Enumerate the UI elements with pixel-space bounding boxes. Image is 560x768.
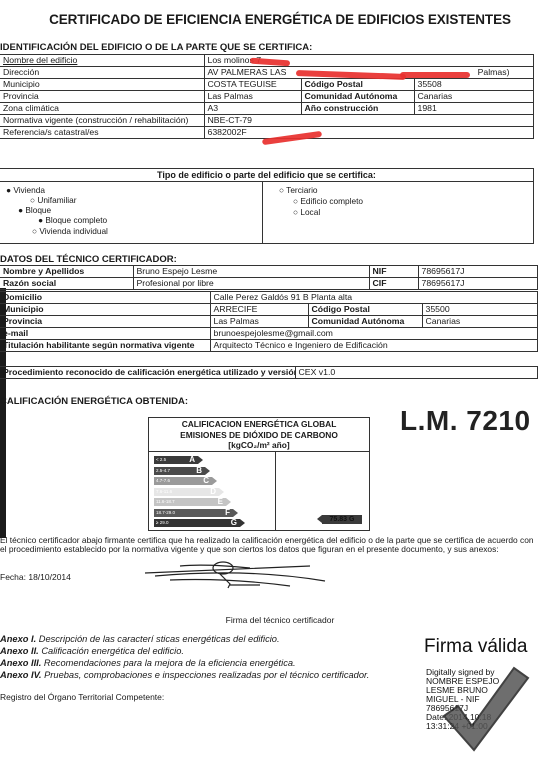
table-row: Referencia/s catastral/es 6382002F <box>0 127 533 139</box>
anexo-num: Anexo I. <box>0 634 36 644</box>
value-municipio-tecnico: ARRECIFE <box>210 304 308 316</box>
checkmark-icon <box>436 654 536 754</box>
energy-bar-c: 4.7-7.6C <box>154 477 212 485</box>
anexo-text: Recomendaciones para la mejora de la efi… <box>41 658 295 668</box>
radio-unifamiliar[interactable]: ○ Unifamiliar <box>30 195 77 205</box>
table-row: Zona climática A3 Año construcción 1981 <box>0 103 533 115</box>
radio-label: Edificio completo <box>300 196 363 206</box>
value-cif: 78695617J <box>418 278 537 290</box>
radio-selected-icon: ● <box>38 215 43 225</box>
table-row: Razón social Profesional por libre CIF 7… <box>0 278 537 290</box>
label-cif: CIF <box>369 278 418 290</box>
value-anio: 1981 <box>414 103 533 115</box>
anexo-num: Anexo III. <box>0 658 41 668</box>
energy-bar-b: 2.5-4.7B <box>154 467 205 475</box>
handwritten-signature <box>140 558 340 594</box>
radio-empty-icon: ○ <box>293 207 298 217</box>
energy-bar-a: < 2.5A <box>154 456 198 464</box>
label-municipio: Municipio <box>0 79 204 91</box>
energy-label-title: CALIFICACION ENERGÉTICA GLOBAL <box>149 419 369 430</box>
anexo-text: Descripción de las caracterí sticas ener… <box>36 634 279 644</box>
anexo-text: Pruebas, comprobaciones e inspecciones r… <box>42 670 370 680</box>
label-razon-social: Razón social <box>0 278 133 290</box>
energy-letter: F <box>225 509 230 517</box>
label-provincia: Provincia <box>0 91 204 103</box>
radio-label: Bloque completo <box>45 215 107 225</box>
value-provincia: Las Palmas <box>204 91 301 103</box>
radio-selected-icon: ● <box>6 185 11 195</box>
label-provincia-tecnico: Provincia <box>0 316 210 328</box>
anexo-num: Anexo II. <box>0 646 39 656</box>
label-direccion: Dirección <box>0 67 204 79</box>
radio-label: Unifamiliar <box>37 195 76 205</box>
technician-table-bottom: Domicilio Calle Perez Galdós 91 B Planta… <box>0 291 538 352</box>
value-email: brunoespejolesme@gmail.com <box>210 328 537 340</box>
table-row: Nombre y Apellidos Bruno Espejo Lesme NI… <box>0 266 537 278</box>
fecha: Fecha: 18/10/2014 <box>0 572 71 582</box>
anexo-4: Anexo IV. Pruebas, comprobaciones e insp… <box>0 670 369 680</box>
label-normativa: Normativa vigente (construcción / rehabi… <box>0 115 204 127</box>
radio-label: Vivienda individual <box>39 226 108 236</box>
radio-label: Vivienda <box>13 185 45 195</box>
table-row: Domicilio Calle Perez Galdós 91 B Planta… <box>0 292 537 304</box>
label-comunidad: Comunidad Autónoma <box>301 91 414 103</box>
radio-local[interactable]: ○ Local <box>293 207 320 217</box>
radio-empty-icon: ○ <box>30 195 35 205</box>
building-type-tertiary: ○ Terciario ○ Edificio completo ○ Local <box>263 182 533 243</box>
radio-empty-icon: ○ <box>279 185 284 195</box>
value-codigo-postal: 35508 <box>414 79 533 91</box>
label-municipio-tecnico: Municipio <box>0 304 210 316</box>
energy-letter: D <box>210 488 216 496</box>
registro-label: Registro del Órgano Territorial Competen… <box>0 692 164 702</box>
radio-empty-icon: ○ <box>293 196 298 206</box>
table-row: e-mail brunoespejolesme@gmail.com <box>0 328 537 340</box>
table-row: Titulación habilitante según normativa v… <box>0 340 537 352</box>
radio-terciario[interactable]: ○ Terciario <box>279 185 318 195</box>
anexo-3: Anexo III. Recomendaciones para la mejor… <box>0 658 296 668</box>
procedure-table: Procedimiento reconocido de calificación… <box>0 366 538 379</box>
energy-label-unit: [kgCO₂/m² año] <box>149 440 369 451</box>
radio-vivienda-individual[interactable]: ○ Vivienda individual <box>32 226 108 236</box>
anexo-2: Anexo II. Calificación energética del ed… <box>0 646 184 656</box>
energy-rating-label: CALIFICACION ENERGÉTICA GLOBAL EMISIONES… <box>148 417 370 531</box>
energy-label-header: CALIFICACION ENERGÉTICA GLOBAL EMISIONES… <box>149 418 369 452</box>
energy-bar-f: 18.7-29.0F <box>154 509 233 517</box>
building-type-residential: ● Vivienda ○ Unifamiliar ● Bloque ● Bloq… <box>0 182 263 243</box>
anexo-num: Anexo IV. <box>0 670 42 680</box>
label-ca-tecnico: Comunidad Autónoma <box>308 316 422 328</box>
label-codigo-postal: Código Postal <box>301 79 414 91</box>
radio-label: Bloque <box>25 205 51 215</box>
energy-letter: E <box>218 498 223 506</box>
radio-selected-icon: ● <box>18 205 23 215</box>
license-number: L.M. 7210 <box>400 405 531 437</box>
energy-scale: < 2.5A2.5-4.7B4.7-7.6C7.6-11.6D11.6-18.7… <box>149 452 276 530</box>
label-nombre-tecnico: Nombre y Apellidos <box>0 266 133 278</box>
energy-letter: B <box>196 467 202 475</box>
label-nif: NIF <box>369 266 418 278</box>
section-heading-calificacion: CALIFICACIÓN ENERGÉTICA OBTENIDA: <box>0 396 188 407</box>
value-comunidad: Canarias <box>414 91 533 103</box>
value-municipio: COSTA TEGUISE <box>204 79 301 91</box>
building-id-table: Nombre del edificio Los molinos 7 Direcc… <box>0 54 534 139</box>
document-title: CERTIFICADO DE EFICIENCIA ENERGÉTICA DE … <box>0 12 560 27</box>
radio-label: Terciario <box>286 185 317 195</box>
radio-bloque-completo[interactable]: ● Bloque completo <box>38 215 107 225</box>
value-razon-social: Profesional por libre <box>133 278 369 290</box>
table-row: Provincia Las Palmas Comunidad Autónoma … <box>0 91 533 103</box>
energy-result-column: 75.83 G <box>276 452 369 530</box>
value-zona: A3 <box>204 103 301 115</box>
energy-label-subtitle: EMISIONES DE DIÓXIDO DE CARBONO <box>149 430 369 441</box>
value-cp-tecnico: 35500 <box>422 304 537 316</box>
label-procedimiento: Procedimiento reconocido de calificación… <box>0 367 295 379</box>
technician-table-top: Nombre y Apellidos Bruno Espejo Lesme NI… <box>0 265 538 290</box>
direccion-tail: Palmas) <box>478 67 510 78</box>
building-type-box: Tipo de edificio o parte del edificio qu… <box>0 168 534 244</box>
radio-label: Local <box>300 207 320 217</box>
value-procedimiento: CEX v1.0 <box>295 367 537 379</box>
label-email: e-mail <box>0 328 210 340</box>
label-titulacion: Titulación habilitante según normativa v… <box>0 340 210 352</box>
building-type-heading: Tipo de edificio o parte del edificio qu… <box>0 169 533 182</box>
label-cp-tecnico: Código Postal <box>308 304 422 316</box>
radio-bloque[interactable]: ● Bloque <box>18 205 51 215</box>
energy-result-arrow: 75.83 G <box>322 515 362 524</box>
value-provincia-tecnico: Las Palmas <box>210 316 308 328</box>
value-nombre-tecnico: Bruno Espejo Lesme <box>133 266 369 278</box>
energy-bar-g: ≥ 29.0G <box>154 519 240 527</box>
energy-letter: A <box>189 456 195 464</box>
value-normativa: NBE-CT-79 <box>204 115 533 127</box>
energy-letter: C <box>203 477 209 485</box>
table-row: Municipio ARRECIFE Código Postal 35500 <box>0 304 537 316</box>
label-nombre-edificio: Nombre del edificio <box>0 55 204 67</box>
certification-statement: El técnico certificador abajo firmante c… <box>0 536 540 554</box>
label-domicilio: Domicilio <box>0 292 210 304</box>
section-heading-tecnico: DATOS DEL TÉCNICO CERTIFICADOR: <box>0 254 177 265</box>
value-nif: 78695617J <box>418 266 537 278</box>
redaction-mark <box>400 72 470 78</box>
energy-bar-e: 11.6-18.7E <box>154 498 226 506</box>
value-ca-tecnico: Canarias <box>422 316 537 328</box>
energy-letter: G <box>231 519 237 527</box>
table-row: Municipio COSTA TEGUISE Código Postal 35… <box>0 79 533 91</box>
value-domicilio: Calle Perez Galdós 91 B Planta alta <box>210 292 537 304</box>
radio-edificio-completo[interactable]: ○ Edificio completo <box>293 196 363 206</box>
label-referencia: Referencia/s catastral/es <box>0 127 204 139</box>
firma-label: Firma del técnico certificador <box>0 615 560 625</box>
radio-vivienda[interactable]: ● Vivienda <box>6 185 45 195</box>
label-anio: Año construcción <box>301 103 414 115</box>
anexo-1: Anexo I. Descripción de las caracterí st… <box>0 634 280 644</box>
direccion-text: AV PALMERAS LAS <box>208 67 287 77</box>
energy-bar-d: 7.6-11.6D <box>154 488 219 496</box>
section-heading-identificacion: IDENTIFICACIÓN DEL EDIFICIO O DE LA PART… <box>0 42 312 53</box>
value-referencia: 6382002F <box>204 127 533 139</box>
table-row: Normativa vigente (construcción / rehabi… <box>0 115 533 127</box>
table-row: Procedimiento reconocido de calificación… <box>0 367 537 379</box>
radio-empty-icon: ○ <box>32 226 37 236</box>
table-row: Provincia Las Palmas Comunidad Autónoma … <box>0 316 537 328</box>
value-titulacion: Arquitecto Técnico e Ingeniero de Edific… <box>210 340 537 352</box>
label-zona: Zona climática <box>0 103 204 115</box>
anexo-text: Calificación energética del edificio. <box>39 646 184 656</box>
